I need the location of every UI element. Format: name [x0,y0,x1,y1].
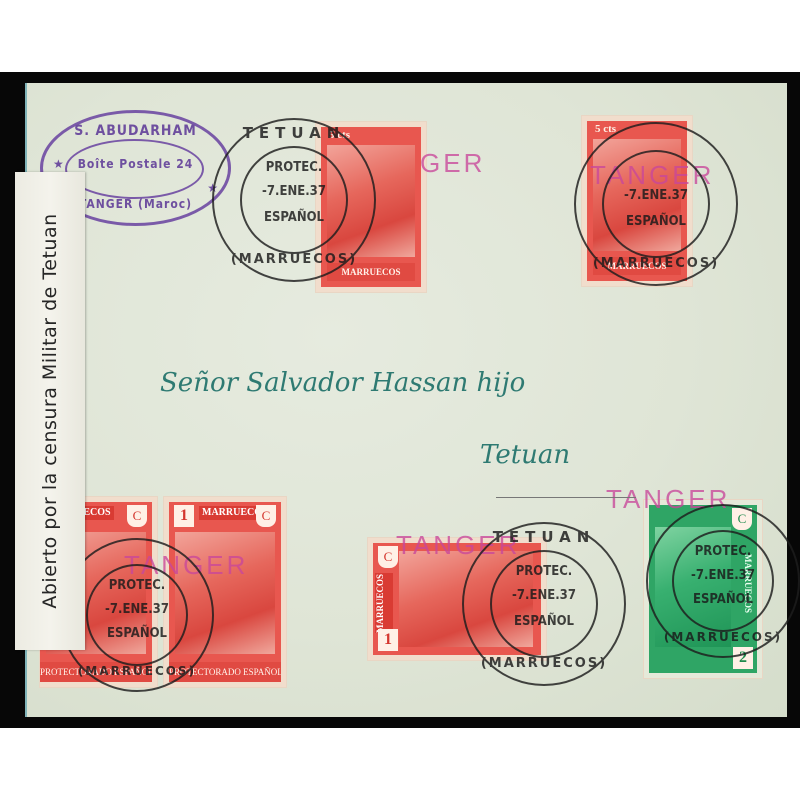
postmark-date: -7.ENE.37 [230,184,358,199]
postmark-region: (MARRUECOS) [576,256,736,271]
star-icon: ★ [53,157,64,171]
postmark-bottom: ESPAÑOL [592,214,720,229]
postmark-date: -7.ENE.37 [77,602,197,617]
postmark-bottom: ESPAÑOL [480,614,608,629]
postmark-date: -7.ENE.37 [592,188,720,203]
postmark-top: PROTEC. [230,160,358,175]
tanger-overprint: GER [420,148,485,179]
postmark-city: TETUAN [214,124,374,142]
postmark-bottom: ESPAÑOL [230,210,358,225]
postmark-region: (MARRUECOS) [648,630,798,644]
postmark-date: -7.ENE.37 [480,588,608,603]
postmark-tetuan: PROTEC. -7.ENE.37 ESPAÑOL (MARRUECOS) [646,504,800,658]
crescent-icon: C [378,546,398,568]
stamp-country: MARRUECOS [375,573,393,633]
postmark-top: PROTEC. [663,544,783,559]
censor-tape-text: Abierto por la censura Militar de Tetuan [39,213,61,608]
crescent-icon: C [256,505,276,527]
stamp-value: 1 [174,505,194,527]
handstamp-name: S. ABUDARHAM [43,123,228,139]
postmark-city: TETUAN [464,528,624,546]
postmark-tetuan: PROTEC. -7.ENE.37 ESPAÑOL TETUAN (MARRUE… [212,118,376,282]
postmark-tetuan: -7.ENE.37 ESPAÑOL (MARRUECOS) [574,122,738,286]
postmark-bottom: ESPAÑOL [77,626,197,641]
postmark-region: (MARRUECOS) [62,664,212,678]
postmark-bottom: ESPAÑOL [663,592,783,607]
address-line-2: Tetuan [480,440,570,470]
stamp-value: 1 [378,629,398,651]
postmark-date: -7.ENE.37 [663,568,783,583]
postmark-region: (MARRUECOS) [464,656,624,671]
address-underline [496,497,636,498]
postmark-region: (MARRUECOS) [214,252,374,267]
censor-tape: Abierto por la censura Militar de Tetuan [15,172,85,650]
postmark-top: PROTEC. [77,578,197,593]
address-line-1: Señor Salvador Hassan hijo [160,368,525,398]
postmark-top: PROTEC. [480,564,608,579]
postmark-tetuan: PROTEC. -7.ENE.37 ESPAÑOL TETUAN (MARRUE… [462,522,626,686]
crescent-icon: C [127,505,147,527]
handstamp-po-box: Boîte Postale 24 [43,157,228,171]
